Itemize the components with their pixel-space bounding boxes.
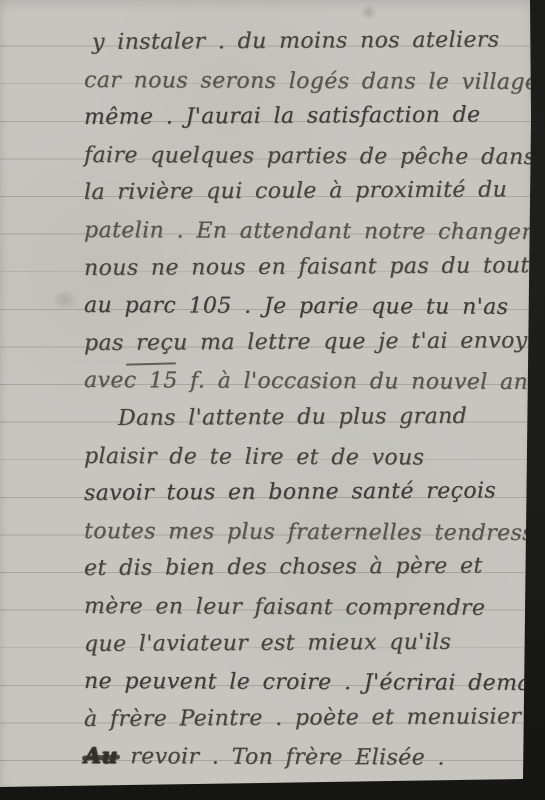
letter-line: au parc 105 . Je parie que tu n'as [84, 287, 536, 327]
letter-line: ne peuvent le croire . J'écrirai demain [84, 663, 536, 703]
letter-line: y instaler . du moins nos ateliers [92, 21, 536, 61]
letter-line: que l'aviateur est mieux qu'ils [84, 623, 536, 663]
scanned-letter: y instaler . du moins nos ateliers car n… [0, 0, 545, 800]
letter-line: savoir tous en bonne santé reçois [84, 472, 536, 512]
letter-line: patelin . En attendant notre changement [84, 212, 536, 252]
letter-line: plaisir de te lire et de vous [84, 438, 536, 478]
letter-line-signature: Au revoir . Ton frère Elisée . [84, 738, 536, 778]
letter-line: avec 15 f. à l'occasion du nouvel an . [84, 362, 536, 402]
letter-page: y instaler . du moins nos ateliers car n… [0, 0, 545, 800]
paper-stain [48, 292, 82, 308]
letter-line: faire quelques parties de pêche dans [84, 137, 536, 177]
letter-line: Dans l'attente du plus grand [118, 397, 536, 437]
letter-line: car nous serons logés dans le village [84, 62, 536, 102]
letter-line: mère en leur faisant comprendre [84, 588, 536, 628]
letter-line: la rivière qui coule à proximité du [84, 172, 536, 212]
letter-line: nous ne nous en faisant pas du tout [84, 247, 536, 287]
letter-line: même . J'aurai la satisfaction de [84, 96, 536, 136]
paper-stain [360, 5, 377, 20]
letter-line: à frère Peintre . poète et menuisier . [84, 698, 536, 738]
letter-line: et dis bien des choses à père et [84, 548, 536, 588]
letter-body: y instaler . du moins nos ateliers car n… [84, 24, 536, 776]
struck-word: Au [84, 743, 118, 769]
letter-line: pas reçu ma lettre que je t'ai envoyée [84, 322, 536, 362]
signature-text: revoir . Ton frère Elisée . [118, 744, 445, 770]
letter-line: toutes mes plus fraternelles tendresses [84, 513, 536, 553]
